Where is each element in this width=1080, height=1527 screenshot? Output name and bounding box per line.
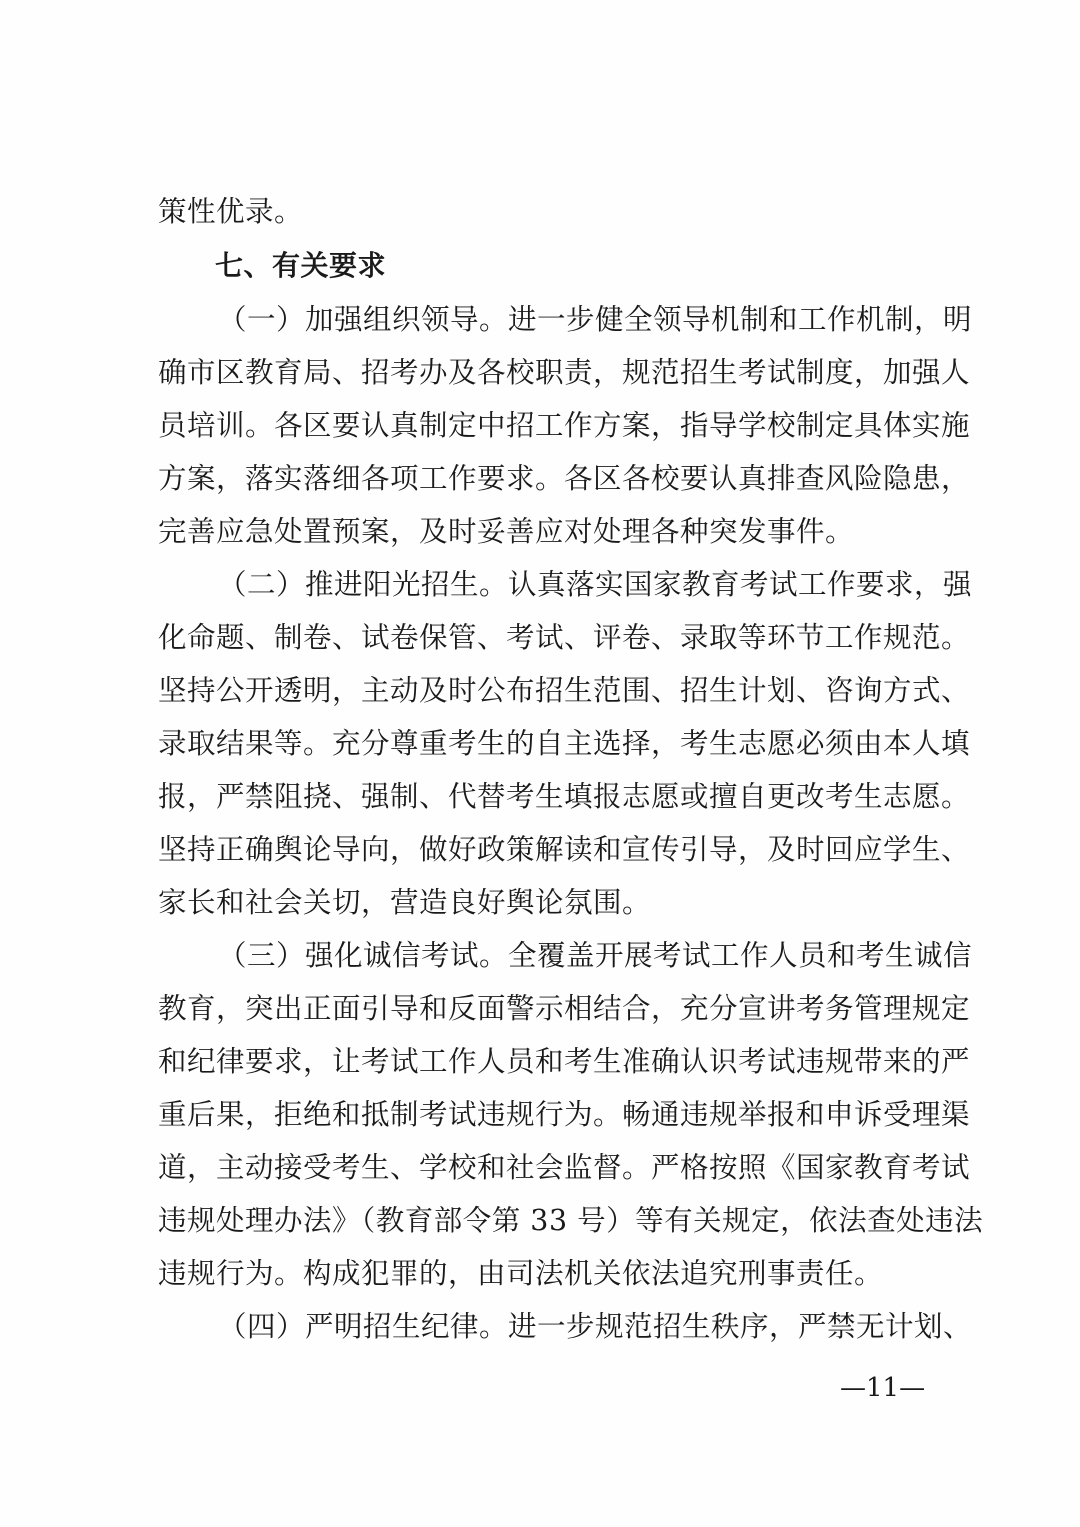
continuation-line: 策性优录。 — [158, 192, 948, 232]
paragraph-line: 化命题、制卷、试卷保管、考试、评卷、录取等环节工作规范。 — [158, 618, 948, 658]
document-page: 策性优录。 七、有关要求 （一）加强组织领导。进一步健全领导机制和工作机制，明 … — [0, 0, 1080, 1527]
paragraph-line: 坚持公开透明，主动及时公布招生范围、招生计划、咨询方式、 — [158, 671, 948, 711]
paragraph-line: 方案，落实落细各项工作要求。各区各校要认真排查风险隐患， — [158, 459, 948, 499]
paragraph-line: （三）强化诚信考试。全覆盖开展考试工作人员和考生诚信 — [218, 936, 948, 976]
page-number: —11— — [840, 1370, 925, 1406]
paragraph-line: 和纪律要求，让考试工作人员和考生准确认识考试违规带来的严 — [158, 1042, 948, 1082]
section-heading: 七、有关要求 — [215, 246, 386, 286]
paragraph-line: 重后果，拒绝和抵制考试违规行为。畅通违规举报和申诉受理渠 — [158, 1095, 948, 1135]
paragraph-line: （一）加强组织领导。进一步健全领导机制和工作机制，明 — [218, 300, 948, 340]
paragraph-line: 员培训。各区要认真制定中招工作方案，指导学校制定具体实施 — [158, 406, 948, 446]
paragraph-line: 教育，突出正面引导和反面警示相结合，充分宣讲考务管理规定 — [158, 989, 948, 1029]
paragraph-line: 坚持正确舆论导向，做好政策解读和宣传引导，及时回应学生、 — [158, 830, 948, 870]
paragraph-line: 违规行为。构成犯罪的，由司法机关依法追究刑事责任。 — [158, 1254, 948, 1294]
paragraph-line: 违规处理办法》（教育部令第 33 号）等有关规定，依法查处违法 — [158, 1201, 948, 1241]
paragraph-line: 完善应急处置预案，及时妥善应对处理各种突发事件。 — [158, 512, 948, 552]
paragraph-line: 确市区教育局、招考办及各校职责，规范招生考试制度，加强人 — [158, 353, 948, 393]
paragraph-line: （四）严明招生纪律。进一步规范招生秩序，严禁无计划、 — [218, 1307, 948, 1347]
paragraph-line: 报，严禁阻挠、强制、代替考生填报志愿或擅自更改考生志愿。 — [158, 777, 948, 817]
paragraph-line: （二）推进阳光招生。认真落实国家教育考试工作要求，强 — [218, 565, 948, 605]
paragraph-line: 家长和社会关切，营造良好舆论氛围。 — [158, 883, 948, 923]
paragraph-line: 道，主动接受考生、学校和社会监督。严格按照《国家教育考试 — [158, 1148, 948, 1188]
paragraph-line: 录取结果等。充分尊重考生的自主选择，考生志愿必须由本人填 — [158, 724, 948, 764]
